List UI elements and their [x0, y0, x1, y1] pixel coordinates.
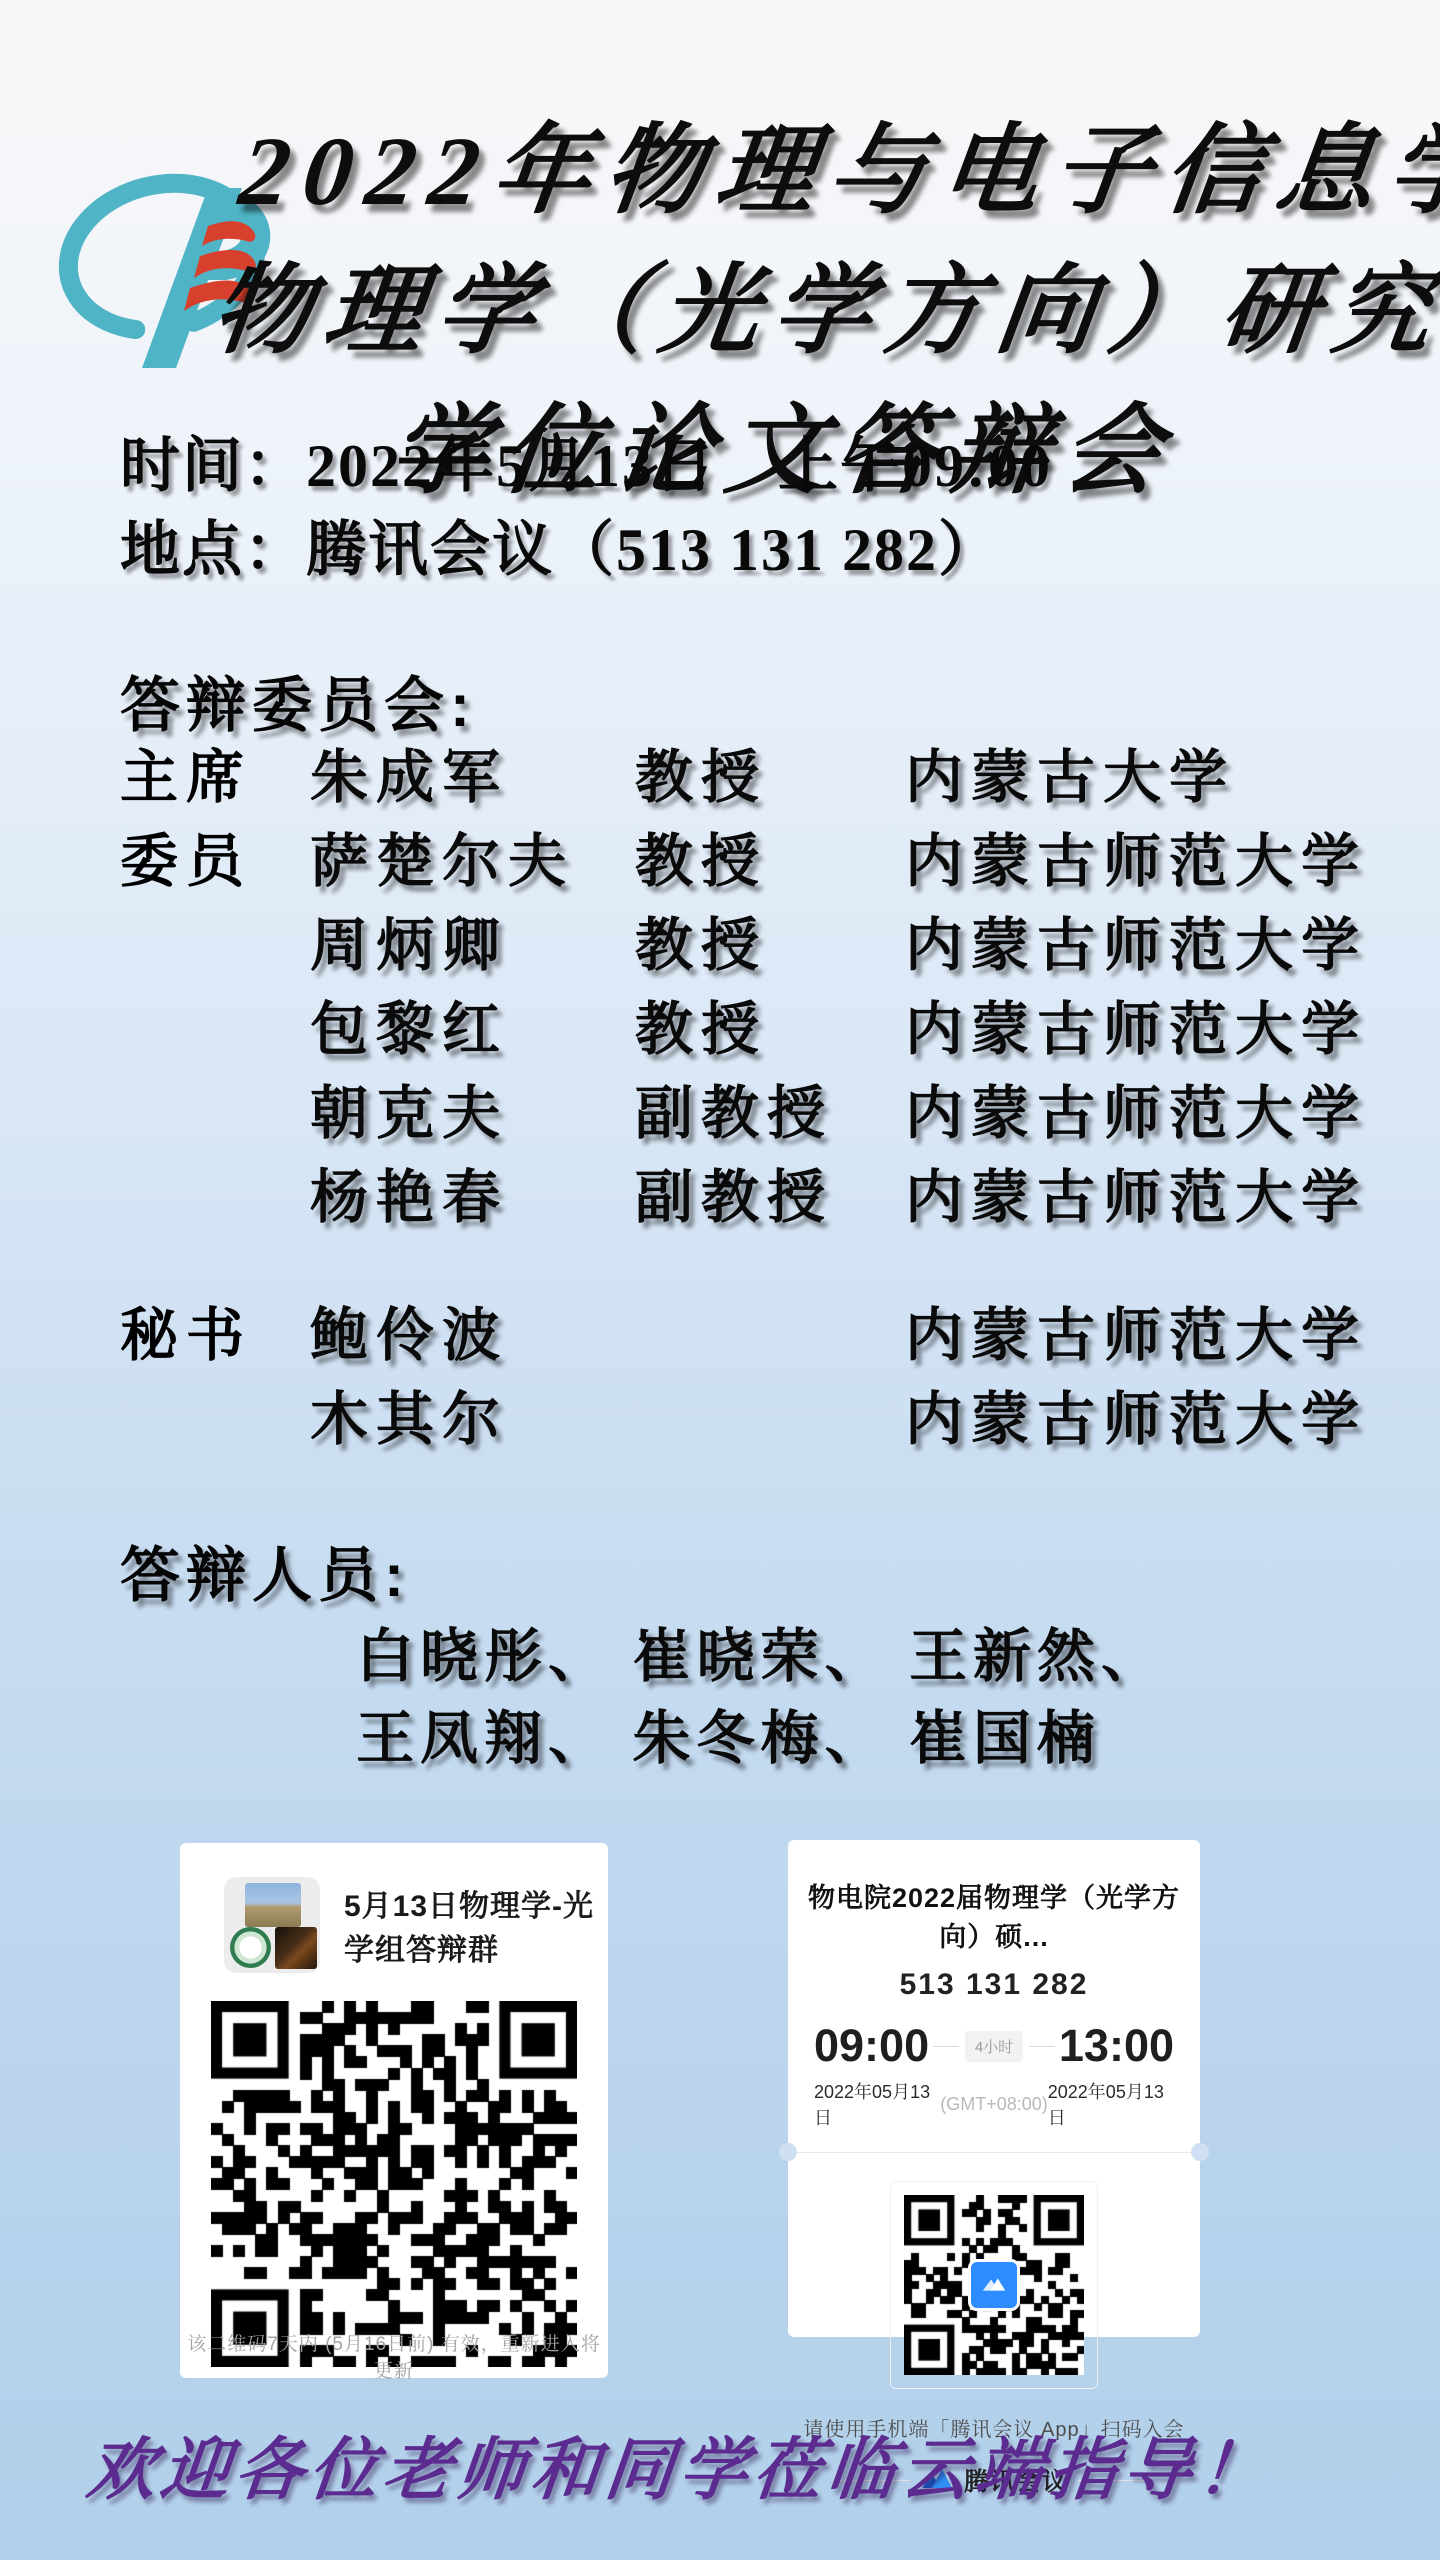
avatar-badge-logo [230, 1927, 271, 1968]
committee-org-cell: 内蒙古师范大学 [905, 910, 1430, 994]
committee-title-cell: 副教授 [635, 1078, 905, 1162]
committee-org-cell: 内蒙古大学 [905, 742, 1430, 826]
time-row: 时间：2022年5月13日上午09:00 [120, 418, 1052, 504]
meeting-times-row: 09:00 4小时 13:00 [788, 2002, 1200, 2072]
group-avatar [224, 1877, 320, 1973]
secretary-org-cell: 内蒙古师范大学 [905, 1300, 1430, 1384]
secretary-org-cell: 内蒙古师范大学 [905, 1384, 1430, 1468]
avatar-portrait-photo [275, 1927, 317, 1969]
committee-org-cell: 内蒙古师范大学 [905, 994, 1430, 1078]
meeting-card: 物电院2022届物理学（光学方向）硕... 513 131 282 09:00 … [788, 1840, 1200, 2337]
committee-name-cell: 杨艳春 [310, 1162, 635, 1246]
meeting-start-date: 2022年05月13日 [814, 2078, 940, 2130]
committee-role-cell: 委员 [120, 826, 310, 910]
meeting-end-time: 13:00 [1059, 2020, 1174, 2072]
committee-org-cell: 内蒙古师范大学 [905, 1078, 1430, 1162]
secretary-role-cell [120, 1384, 310, 1468]
committee-title-cell: 副教授 [635, 1162, 905, 1246]
committee-role-cell [120, 1078, 310, 1162]
time-value: 2022年5月13日 [306, 433, 716, 499]
defenders-line-2: 王凤翔、 朱冬梅、 崔国楠 [356, 1702, 1101, 1784]
committee-role-cell [120, 1162, 310, 1246]
committee-title-cell: 教授 [635, 910, 905, 994]
ticket-notch-left [779, 2143, 797, 2161]
committee-title-cell: 教授 [635, 994, 905, 1078]
committee-title-cell: 教授 [635, 742, 905, 826]
avatar-landscape-photo [245, 1883, 301, 1927]
committee-role-cell [120, 910, 310, 994]
welcome-message: 欢迎各位老师和同学莅临云端指导！ [83, 2416, 1277, 2513]
poster-title-line-1: 2022年物理与电子信息学院 [233, 92, 1440, 233]
committee-name-cell: 朱成军 [310, 742, 635, 826]
poster-title-line-2: 物理学（光学方向）研究生 [205, 232, 1440, 373]
meeting-title: 物电院2022届物理学（光学方向）硕... [788, 1876, 1200, 1954]
meeting-end-date: 2022年05月13日 [1048, 2078, 1174, 2130]
meeting-qr-logo-icon [968, 2259, 1020, 2311]
poster-background: 2022年物理与电子信息学院 物理学（光学方向）研究生 学位论文答辩会 时间：2… [0, 0, 1440, 2560]
committee-role-cell: 主席 [120, 742, 310, 826]
wechat-card-header: 5月13日物理学-光学组答辩群 [180, 1843, 608, 1973]
secretary-role-cell: 秘书 [120, 1300, 310, 1384]
defenders-heading: 答辩人员: [120, 1528, 410, 1614]
meeting-id: 513 131 282 [788, 1968, 1200, 2002]
meeting-start-time: 09:00 [814, 2020, 929, 2072]
meeting-qr-frame [890, 2181, 1098, 2389]
group-title: 5月13日物理学-光学组答辩群 [344, 1881, 608, 1969]
duration-line-right [1029, 2046, 1055, 2047]
committee-table: 主席 朱成军 教授 内蒙古大学 委员 萨楚尔夫 教授 内蒙古师范大学 周炳卿 教… [120, 742, 1430, 1246]
secretary-name-cell: 木其尔 [310, 1384, 905, 1468]
wechat-qr-code [211, 2001, 577, 2367]
time-label: 时间： [120, 433, 306, 499]
ticket-divider [788, 2152, 1200, 2153]
committee-name-cell: 包黎红 [310, 994, 635, 1078]
committee-name-cell: 周炳卿 [310, 910, 635, 994]
committee-title-cell: 教授 [635, 826, 905, 910]
qr-validity-note: 该二维码7天内 (5月16日前) 有效，重新进入将更新 [180, 2329, 608, 2383]
timezone-label: (GMT+08:00) [940, 2094, 1048, 2115]
secretary-name-cell: 鲍伶波 [310, 1300, 905, 1384]
duration-indicator: 4小时 [933, 2031, 1055, 2062]
duration-badge: 4小时 [965, 2031, 1023, 2062]
time-clock: 上午09:00 [778, 433, 1052, 499]
committee-role-cell [120, 994, 310, 1078]
committee-org-cell: 内蒙古师范大学 [905, 826, 1430, 910]
wechat-group-card: 5月13日物理学-光学组答辩群 该二维码7天内 (5月16日前) 有效，重新进入… [180, 1843, 608, 2378]
ticket-notch-right [1191, 2143, 1209, 2161]
committee-org-cell: 内蒙古师范大学 [905, 1162, 1430, 1246]
committee-name-cell: 朝克夫 [310, 1078, 635, 1162]
venue-row: 地点：腾讯会议（513 131 282） [120, 502, 1000, 588]
defenders-line-1: 白晓彤、 崔晓荣、 王新然、 [356, 1620, 1165, 1702]
venue-label: 地点： [120, 517, 306, 583]
venue-value: 腾讯会议（513 131 282） [306, 517, 1000, 583]
meeting-dates-row: 2022年05月13日 (GMT+08:00) 2022年05月13日 [788, 2072, 1200, 2130]
committee-heading: 答辩委员会: [120, 658, 476, 744]
committee-name-cell: 萨楚尔夫 [310, 826, 635, 910]
duration-line-left [933, 2046, 959, 2047]
secretary-table: 秘书 鲍伶波 内蒙古师范大学 木其尔 内蒙古师范大学 [120, 1300, 1430, 1468]
